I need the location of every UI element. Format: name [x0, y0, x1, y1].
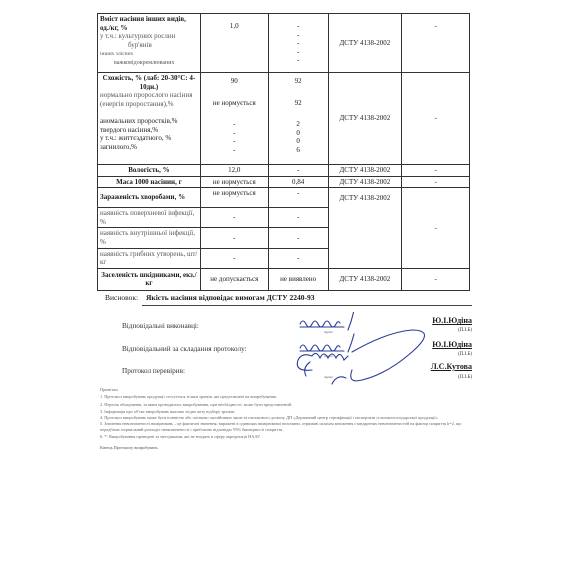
note-cell: -	[402, 268, 470, 290]
method-value: ДСТУ 4138-2002	[340, 194, 391, 202]
actual-cell: - - - - -	[268, 14, 328, 73]
footnotes-end: Кінець Протоколу випробувань.	[100, 444, 470, 451]
subitem-label: нормально пророслого насіння (енергія пр…	[100, 91, 198, 117]
row-title: Заселеність шкідниками, екз./кг	[101, 271, 196, 288]
norm-cell: не нормується	[200, 188, 268, 208]
norm-cell: не нормується	[200, 176, 268, 188]
norm-value: -	[203, 120, 266, 129]
norm-value: -	[233, 213, 235, 221]
actual-cell: -	[268, 188, 328, 208]
actual-cell: -	[268, 165, 328, 177]
method-value: ДСТУ 4138-2002	[340, 166, 391, 174]
note-value: -	[434, 275, 436, 283]
signature-role: Протокол перевірив:	[122, 367, 185, 375]
actual-cell: 0,84	[268, 176, 328, 188]
actual-cell: 92 92 2 0 0 6	[268, 73, 328, 165]
note-value: -	[434, 114, 436, 122]
actual-value: -	[297, 189, 299, 197]
subitem-label: важковідокремлюваних	[100, 59, 198, 68]
actual-value: 2	[271, 120, 326, 129]
row-title: Схожість, % (лаб: 20-30°С: 4-10дн.)	[100, 74, 198, 91]
method-value: ДСТУ 4138-2002	[340, 114, 391, 122]
actual-cell: не виявлено	[268, 268, 328, 290]
subitem-label: бур'янів	[100, 41, 198, 50]
table-row: Вологість, % 12,0 - ДСТУ 4138-2002 -	[98, 165, 470, 177]
protocol-page: Вміст насіння інших видів, од./кг, % у т…	[0, 0, 570, 570]
table-row: Зараженість хворобами, % не нормується -…	[98, 188, 470, 208]
conclusion-text: Якість насіння відповідає вимогам ДСТУ 2…	[146, 293, 315, 302]
norm-value: -	[203, 137, 266, 146]
test-results-table: Вміст насіння інших видів, од./кг, % у т…	[97, 13, 470, 291]
footnotes: Примітки 1. Протокол випробувань продукц…	[100, 386, 470, 452]
footnote: 2. Перелік обладнання, за яким проводили…	[100, 401, 470, 408]
note-value: -	[434, 178, 436, 186]
signature-pib: (П.І.Б)	[458, 375, 472, 380]
note-cell: -	[402, 188, 470, 269]
handwritten-signatures-icon: підпис підпис підпис	[292, 312, 442, 387]
norm-cell: -	[200, 248, 268, 268]
actual-value: 6	[271, 146, 326, 155]
actual-value: -	[271, 22, 326, 31]
note-cell: -	[402, 14, 470, 73]
subitem-label: загнилого,%	[100, 143, 198, 152]
signature-role: Відповідальні виконавці:	[122, 322, 199, 330]
actual-value: -	[271, 48, 326, 57]
conclusion-underline	[142, 305, 472, 306]
method-cell: ДСТУ 4138-2002	[328, 14, 402, 73]
method-value: ДСТУ 4138-2002	[340, 178, 391, 186]
actual-value: 92	[271, 99, 326, 108]
row-title: Вологість, %	[128, 166, 169, 174]
actual-cell: -	[268, 208, 328, 228]
subitem-label: у т.ч.: життєздатного, %	[100, 134, 198, 143]
table-row: Маса 1000 насінин, г не нормується 0,84 …	[98, 176, 470, 188]
norm-cell: -	[200, 208, 268, 228]
note-cell: -	[402, 165, 470, 177]
table-row: Вміст насіння інших видів, од./кг, % у т…	[98, 14, 470, 73]
norm-cell: -	[200, 228, 268, 248]
method-cell: ДСТУ 4138-2002	[328, 176, 402, 188]
row-title-cell: Зараженість хворобами, %	[98, 188, 201, 208]
norm-cell: 90 не нормується - - - -	[200, 73, 268, 165]
norm-value: 12,0	[228, 166, 240, 174]
norm-value: не нормується	[213, 178, 256, 186]
actual-value: -	[271, 31, 326, 40]
subitem-label: наявність поверхневої інфекції, %	[100, 209, 194, 226]
method-value: ДСТУ 4138-2002	[340, 39, 391, 47]
row-title-cell: Маса 1000 насінин, г	[98, 176, 201, 188]
footnote: 1. Протокол випробувань продукції стосує…	[100, 393, 470, 400]
note-value: -	[434, 22, 436, 30]
actual-value: 92	[271, 77, 326, 86]
footnote: 6. *- Випробування проведені за методика…	[100, 433, 470, 440]
signature-caption: підпис	[324, 354, 333, 358]
conclusion-label: Висновок:	[105, 293, 138, 302]
row-title-cell: Схожість, % (лаб: 20-30°С: 4-10дн.) норм…	[98, 73, 201, 165]
method-cell: ДСТУ 4138-2002	[328, 73, 402, 165]
subitem-label: наявність внутрішньої інфекції, %	[100, 229, 195, 246]
footnote: 3. Інформація про об'єкт випробувань вка…	[100, 408, 470, 415]
actual-value: -	[271, 39, 326, 48]
actual-value: -	[271, 56, 326, 65]
norm-value: -	[203, 129, 266, 138]
actual-value: -	[297, 166, 299, 174]
signature-caption: підпис	[324, 330, 333, 334]
norm-value: не допускається	[210, 275, 258, 283]
subitem-cell: наявність грибних утворень, шт/кг	[98, 248, 201, 268]
signature-role: Відповідальний за складання протоколу:	[122, 345, 247, 353]
subitem-label: у т.ч.: культурних рослин	[100, 32, 175, 40]
norm-cell: 1,0	[200, 14, 268, 73]
method-cell: ДСТУ 4138-2002	[328, 188, 402, 269]
actual-cell: -	[268, 248, 328, 268]
actual-value: 0	[271, 137, 326, 146]
signature-pib: (П.І.Б)	[458, 352, 472, 357]
method-cell: ДСТУ 4138-2002	[328, 268, 402, 290]
norm-value: не нормується	[213, 189, 256, 197]
note-cell: -	[402, 176, 470, 188]
norm-cell: не допускається	[200, 268, 268, 290]
method-value: ДСТУ 4138-2002	[340, 275, 391, 283]
actual-value: не виявлено	[280, 275, 316, 283]
signature-pib: (П.І.Б)	[458, 328, 472, 333]
note-cell: -	[402, 73, 470, 165]
norm-value: 1,0	[230, 22, 239, 30]
subitem-label: аномальних проростків,%	[100, 117, 198, 126]
norm-value: -	[203, 146, 266, 155]
note-value: -	[434, 224, 436, 232]
footnote: 5. Значення невизначеності вимірювань – …	[100, 421, 470, 433]
row-title: Зараженість хворобами, %	[100, 193, 185, 201]
actual-value: 0	[271, 129, 326, 138]
subitem-cell: наявність поверхневої інфекції, %	[98, 208, 201, 228]
norm-value: -	[233, 234, 235, 242]
method-cell: ДСТУ 4138-2002	[328, 165, 402, 177]
norm-cell: 12,0	[200, 165, 268, 177]
footnotes-heading: Примітки	[100, 386, 470, 393]
norm-value: 90	[203, 77, 266, 86]
row-title-cell: Заселеність шкідниками, екз./кг	[98, 268, 201, 290]
signature-caption: підпис	[324, 375, 333, 379]
subitem-label: твердого насіння,%	[100, 126, 198, 135]
row-title-cell: Вологість, %	[98, 165, 201, 177]
row-title-cell: Вміст насіння інших видів, од./кг, % у т…	[98, 14, 201, 73]
norm-value: не нормується	[203, 99, 266, 108]
actual-value: 0,84	[292, 178, 304, 186]
norm-value: -	[233, 254, 235, 262]
actual-value: -	[297, 213, 299, 221]
actual-value: -	[297, 234, 299, 242]
actual-value: -	[297, 254, 299, 262]
subitem-cell: наявність внутрішньої інфекції, %	[98, 228, 201, 248]
note-value: -	[434, 166, 436, 174]
subitem-label: наявність грибних утворень, шт/кг	[100, 250, 197, 267]
table-row: Схожість, % (лаб: 20-30°С: 4-10дн.) норм…	[98, 73, 470, 165]
table-row: Заселеність шкідниками, екз./кг не допус…	[98, 268, 470, 290]
conclusion: Висновок: Якість насіння відповідає вимо…	[105, 293, 315, 302]
row-title: Вміст насіння інших видів, од./кг, %	[100, 15, 186, 32]
row-title: Маса 1000 насінин, г	[116, 178, 182, 186]
actual-cell: -	[268, 228, 328, 248]
subitem-label: інших злісних	[100, 51, 133, 57]
